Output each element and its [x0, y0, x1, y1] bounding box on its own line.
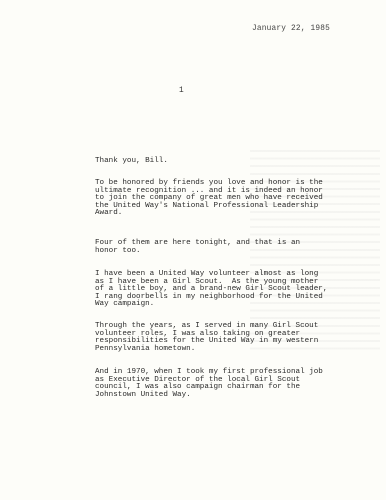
paragraph-greeting: Thank you, Bill. — [95, 158, 168, 166]
paragraph-1970: And in 1970, when I took my first profes… — [95, 369, 323, 399]
paragraph-four-of-them: Four of them are here tonight, and that … — [95, 240, 300, 255]
paragraph-volunteer: I have been a United Way volunteer almos… — [95, 271, 327, 309]
document-date: January 22, 1985 — [252, 25, 330, 33]
paragraph-through-the-years: Through the years, as I served in many G… — [95, 323, 318, 353]
paragraph-honor: To be honored by friends you love and ho… — [95, 180, 323, 218]
page-number: 1 — [179, 87, 184, 95]
